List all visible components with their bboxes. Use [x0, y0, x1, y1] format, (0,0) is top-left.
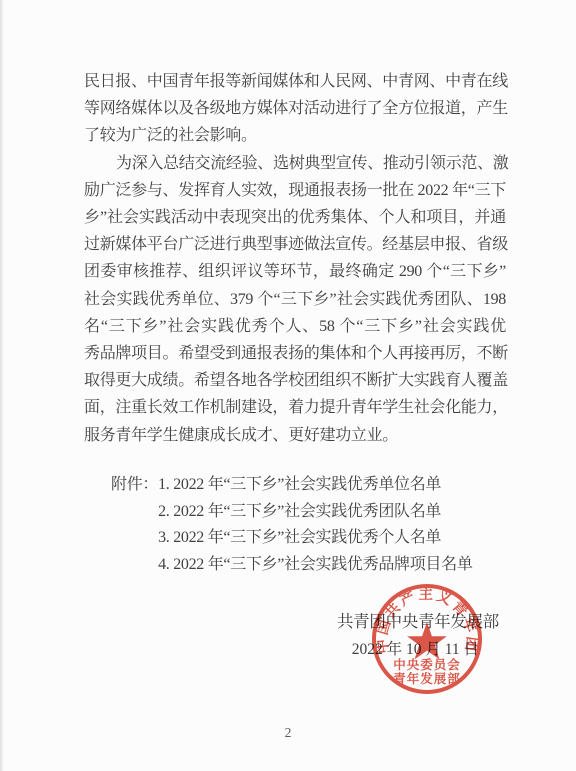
body-line: 了较为广泛的社会影响。 — [84, 122, 506, 149]
attachment-item: 4. 2022 年“三下乡”社会实践优秀品牌项目名单 — [158, 552, 472, 579]
body-line: 取得更大成绩。希望各地各学校团组织不断扩大实践育人覆盖 — [84, 367, 506, 394]
seal-department-line: 青年发展部 — [393, 671, 461, 686]
seal-committee-line: 中央委员会 — [393, 657, 461, 672]
body-line: 乡”社会实践活动中表现突出的优秀集体、个人和项目，并通 — [84, 204, 506, 231]
attachment-item: 2. 2022 年“三下乡”社会实践优秀团队名单 — [158, 499, 472, 526]
body-text: 民日报、中国青年报等新闻媒体和人民网、中青网、中青在线 等网络媒体以及各级地方媒… — [84, 68, 506, 449]
body-line: 名“三下乡”社会实践优秀个人、58 个“三下乡”社会实践优 — [84, 313, 506, 340]
body-line: 面，注重长效工作机制建设，着力提升青年学生社会化能力， — [84, 394, 506, 421]
body-line: 秀品牌项目。希望受到通报表扬的集体和个人再接再厉，不断 — [84, 340, 506, 367]
body-line: 等网络媒体以及各级地方媒体对活动进行了全方位报道，产生 — [84, 95, 506, 122]
attachments-items: 1. 2022 年“三下乡”社会实践优秀单位名单 2. 2022 年“三下乡”社… — [158, 472, 472, 578]
body-line: 服务青年学生健康成长成才、更好建功立业。 — [84, 422, 506, 449]
seal-star-icon — [407, 622, 447, 659]
body-line: 为深入总结交流经验、选树典型宣传、推动引领示范、激 — [84, 150, 506, 177]
attachment-item: 1. 2022 年“三下乡”社会实践优秀单位名单 — [158, 472, 472, 499]
attachments-list: 附件： 1. 2022 年“三下乡”社会实践优秀单位名单 2. 2022 年“三… — [111, 472, 473, 578]
body-line: 民日报、中国青年报等新闻媒体和人民网、中青网、中青在线 — [84, 68, 506, 95]
body-line: 团委审核推荐、组织评议等环节，最终确定 290 个“三下乡” — [84, 258, 506, 285]
body-line: 过新媒体平台广泛进行典型事迹做法宣传。经基层申报、省级 — [84, 231, 506, 258]
scan-edge-artifact — [0, 0, 3, 771]
document-page: 民日报、中国青年报等新闻媒体和人民网、中青网、中青在线 等网络媒体以及各级地方媒… — [0, 0, 576, 771]
attachments-label: 附件： — [111, 472, 158, 578]
body-line: 励广泛参与、发挥育人实效，现通报表扬一批在 2022 年“三下 — [84, 177, 506, 204]
page-number: 2 — [0, 725, 576, 741]
attachment-item: 3. 2022 年“三下乡”社会实践优秀个人名单 — [158, 525, 472, 552]
body-line: 社会实践优秀单位、379 个“三下乡”社会实践优秀团队、198 — [84, 286, 506, 313]
official-seal: 中国共产主义青年团 中央委员会 青年发展部 — [370, 582, 484, 696]
